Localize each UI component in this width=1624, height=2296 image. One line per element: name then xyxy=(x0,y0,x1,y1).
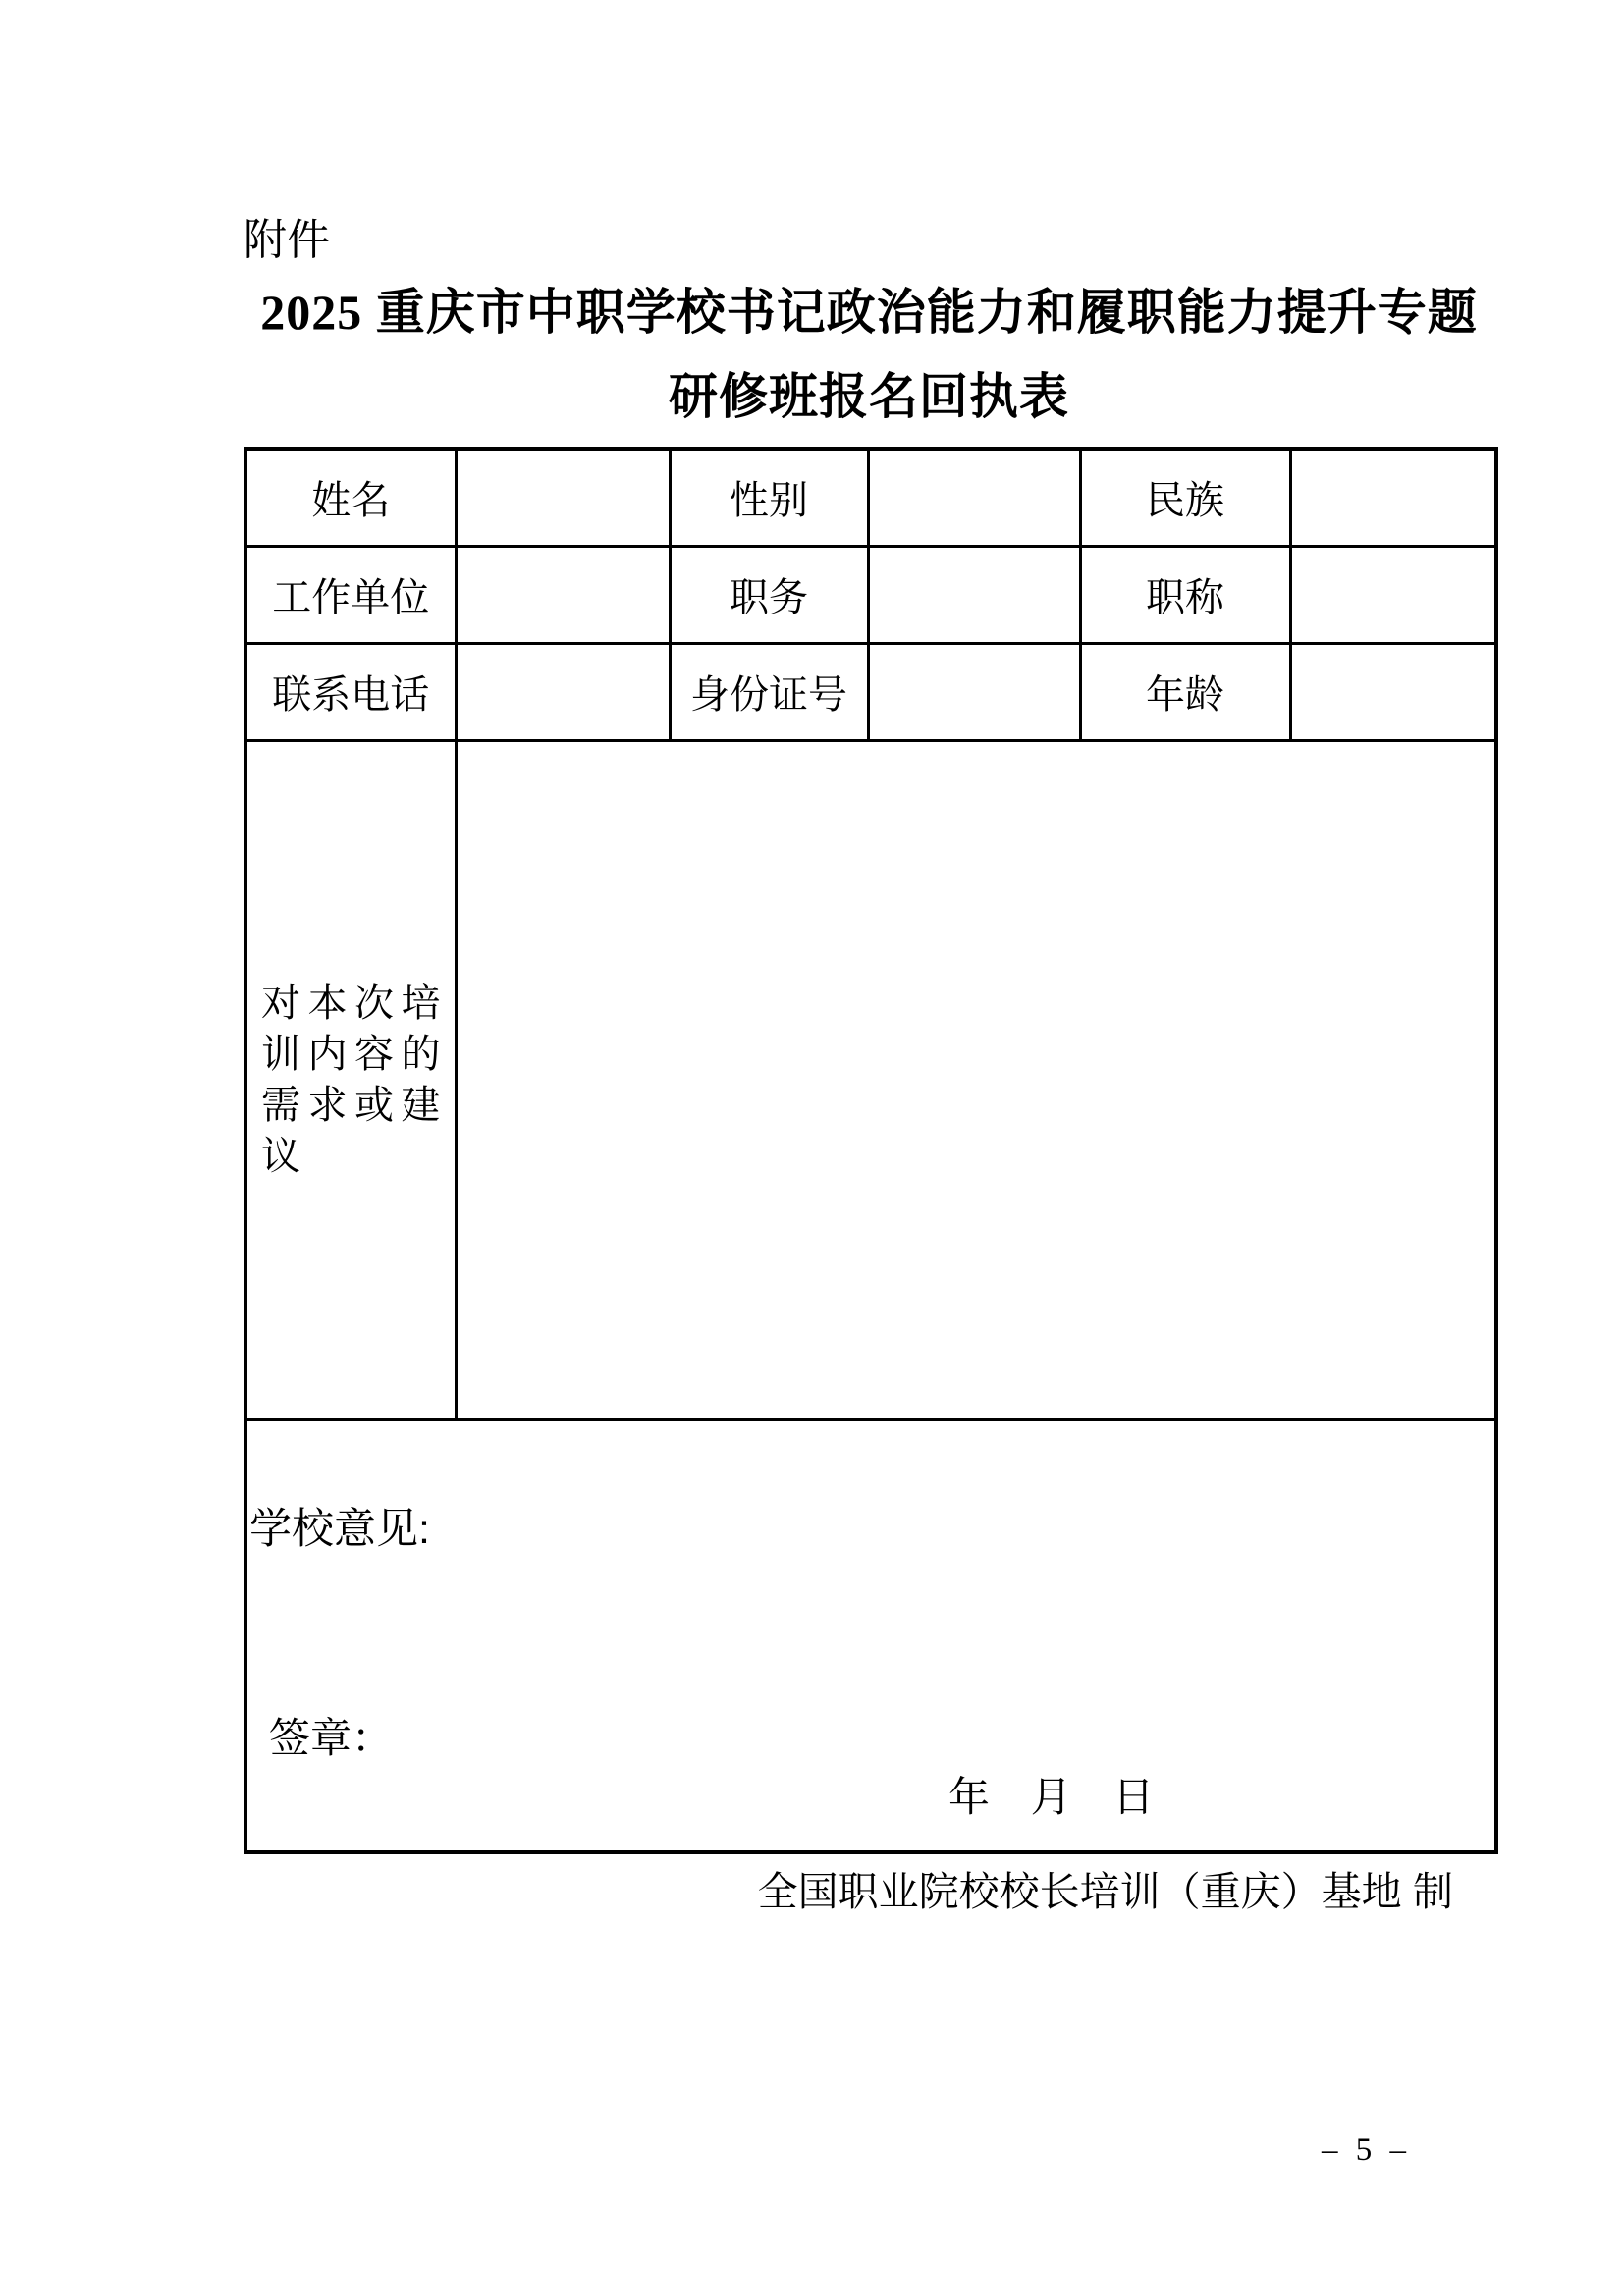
suggestion-label-line: 对本次培 xyxy=(261,978,441,1029)
document-title-line-2: 研修班报名回执表 xyxy=(244,367,1494,426)
field-label-gender: 性别 xyxy=(670,449,868,546)
document-page: 附件 2025 重庆市中职学校书记政治能力和履职能力提升专题 研修班报名回执表 … xyxy=(0,0,1624,2296)
table-row-school-opinion: 学校意见: 签章： 年 月 日 xyxy=(245,1419,1496,1852)
field-label-position: 职务 xyxy=(670,546,868,643)
field-label-name: 姓名 xyxy=(245,449,456,546)
issuing-authority-note: 全国职业院校校长培训（重庆）基地 制 xyxy=(244,1859,1494,1917)
field-value-work-unit[interactable] xyxy=(456,546,670,643)
school-opinion-cell[interactable]: 学校意见: 签章： 年 月 日 xyxy=(245,1419,1496,1852)
document-title-line-1: 2025 重庆市中职学校书记政治能力和履职能力提升专题 xyxy=(244,283,1494,342)
field-label-professional-title: 职称 xyxy=(1080,546,1290,643)
field-value-ethnicity[interactable] xyxy=(1290,449,1496,546)
table-row-2: 工作单位 职务 职称 xyxy=(245,546,1496,643)
field-label-ethnicity: 民族 xyxy=(1080,449,1290,546)
field-value-position[interactable] xyxy=(868,546,1080,643)
field-label-phone: 联系电话 xyxy=(245,643,456,740)
page-number: – 5 – xyxy=(1322,2132,1406,2168)
field-value-phone[interactable] xyxy=(456,643,670,740)
field-label-work-unit: 工作单位 xyxy=(245,546,456,643)
registration-table: 姓名 性别 民族 工作单位 职务 职称 联系电话 身份证号 年龄 xyxy=(244,447,1498,1854)
table-row-3: 联系电话 身份证号 年龄 xyxy=(245,643,1496,740)
field-value-name[interactable] xyxy=(456,449,670,546)
suggestion-label-line: 需求或建 xyxy=(261,1080,441,1131)
field-value-age[interactable] xyxy=(1290,643,1496,740)
field-label-age: 年龄 xyxy=(1080,643,1290,740)
field-value-professional-title[interactable] xyxy=(1290,546,1496,643)
signature-seal-label: 签章： xyxy=(269,1706,393,1765)
suggestion-label-line: 训内容的 xyxy=(261,1029,441,1080)
suggestion-label-line: 议 xyxy=(261,1131,441,1182)
field-label-id-number: 身份证号 xyxy=(670,643,868,740)
suggestion-input-cell[interactable] xyxy=(456,740,1496,1419)
field-value-id-number[interactable] xyxy=(868,643,1080,740)
table-row-1: 姓名 性别 民族 xyxy=(245,449,1496,546)
date-year-month-day: 年 月 日 xyxy=(948,1765,1154,1824)
table-row-suggestion: 对本次培 训内容的 需求或建 议 xyxy=(245,740,1496,1419)
field-value-gender[interactable] xyxy=(868,449,1080,546)
school-opinion-label: 学校意见: xyxy=(249,1496,430,1556)
attachment-label: 附件 xyxy=(244,216,330,266)
suggestion-label-cell: 对本次培 训内容的 需求或建 议 xyxy=(245,740,456,1419)
